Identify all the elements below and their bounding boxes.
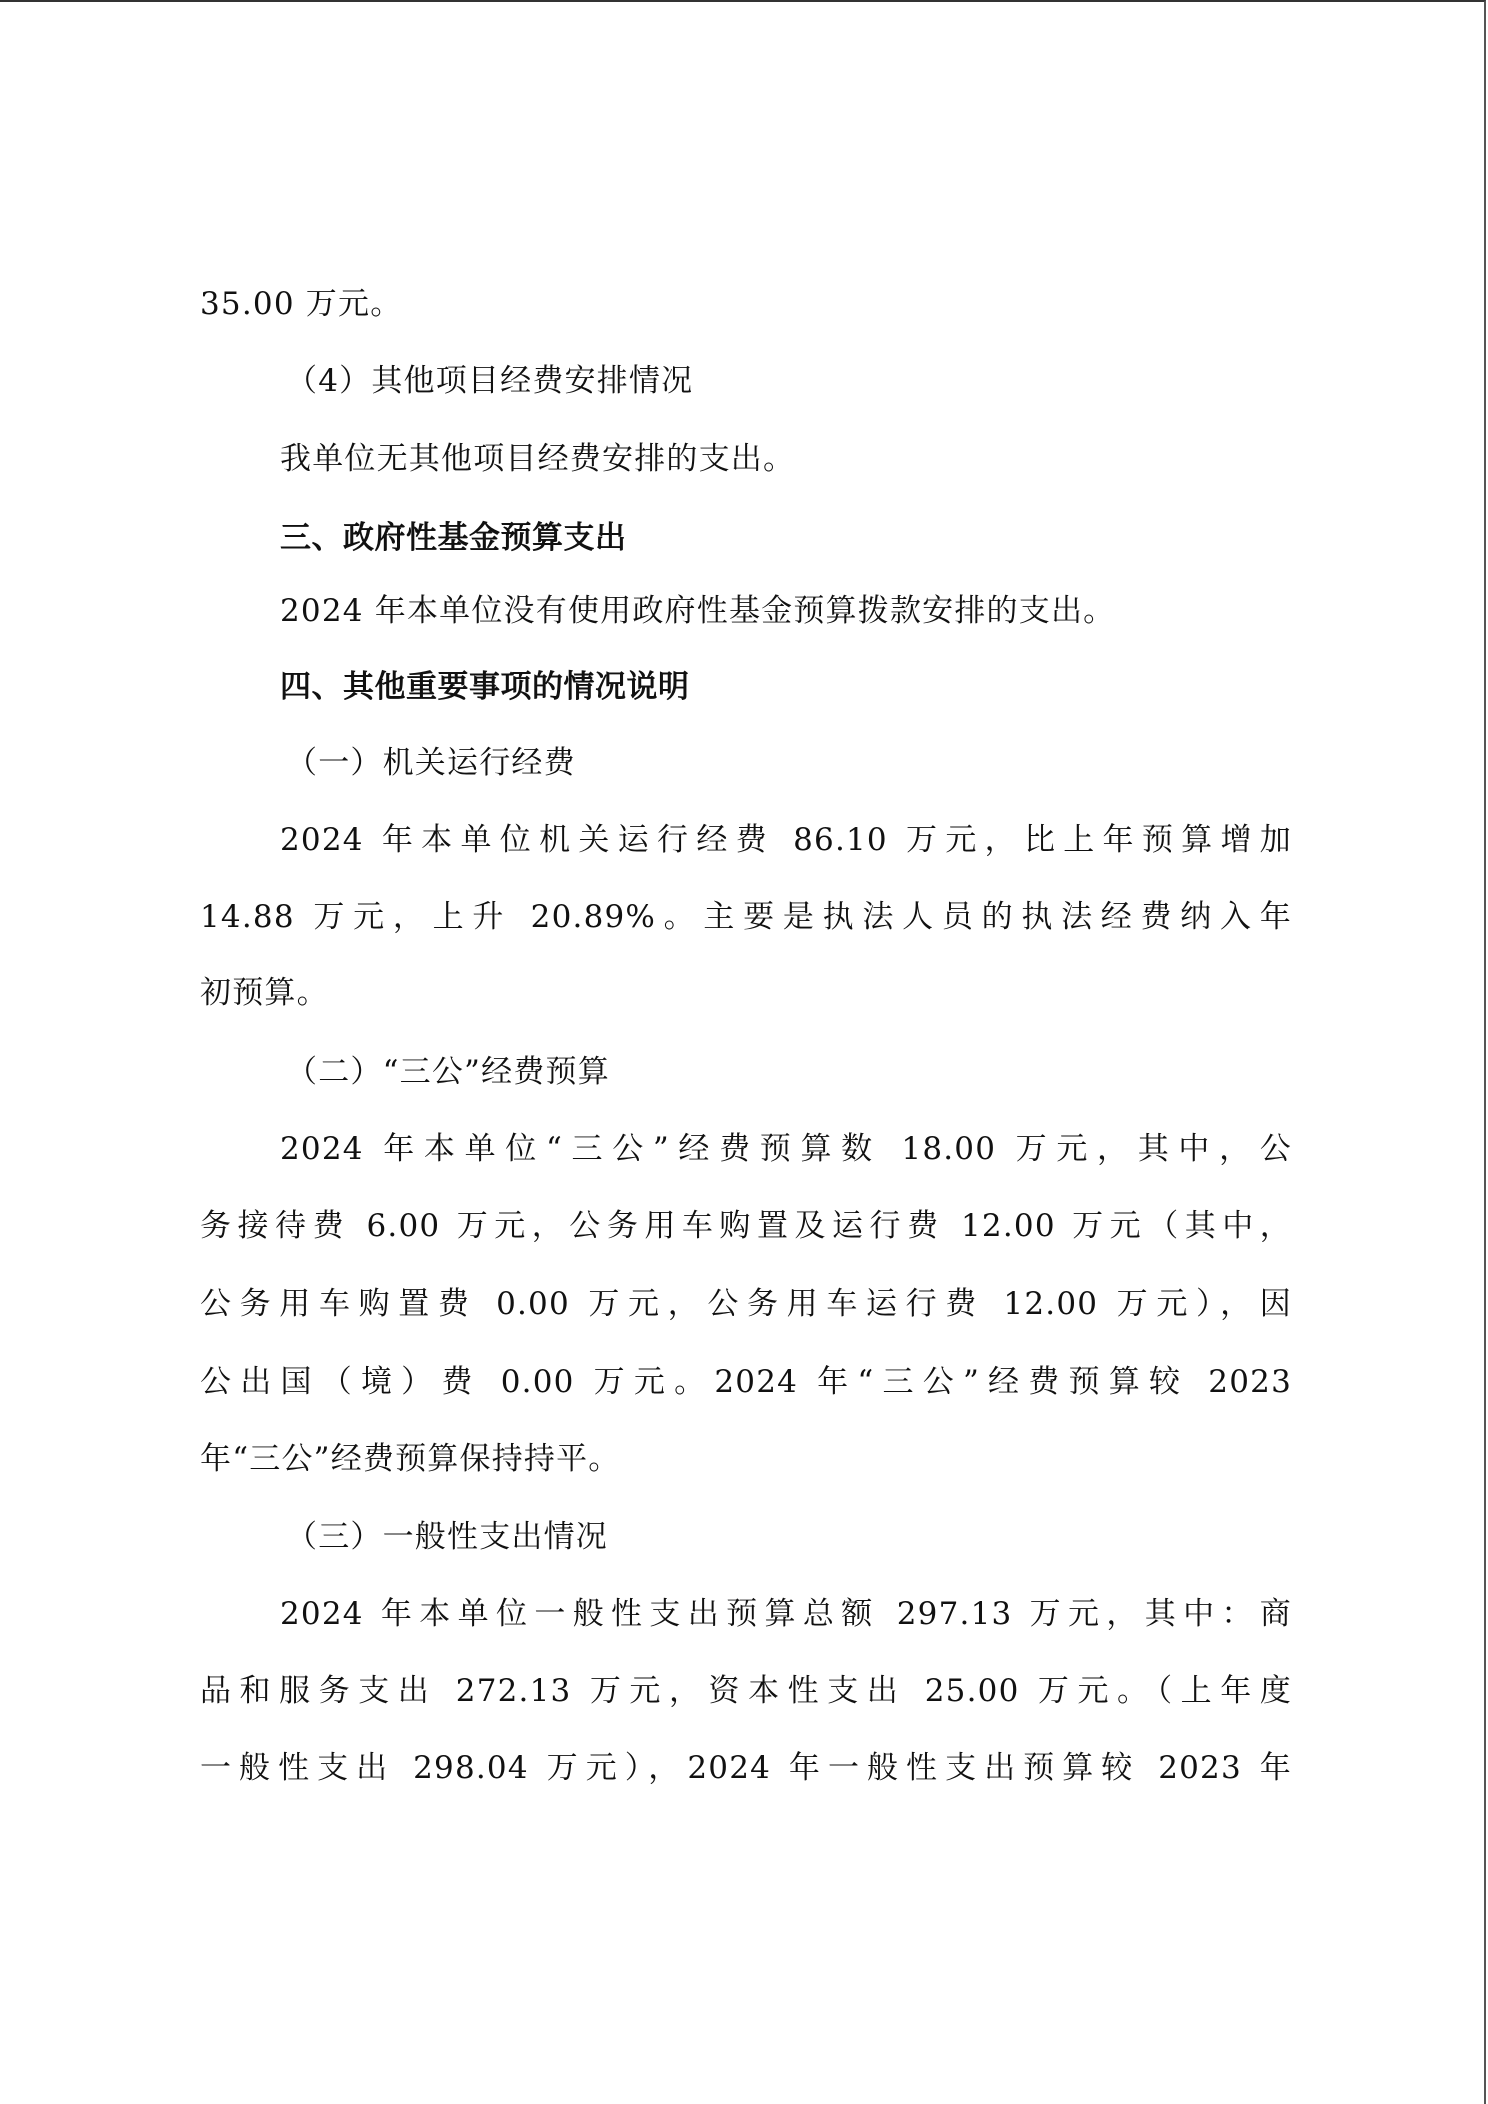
subheading-other-project-funds: （4）其他项目经费安排情况	[286, 361, 1292, 401]
document-page: 35.00 万元。 （4）其他项目经费安排情况 我单位无其他项目经费安排的支出。…	[0, 0, 1486, 2104]
paragraph-three-public-line5: 年“三公”经费预算保持持平。	[200, 1439, 1292, 1479]
subheading-general-expenditure: （三）一般性支出情况	[286, 1517, 1292, 1557]
paragraph-three-public-line4: 公出国（境）费 0.00 万元。2024 年“三公”经费预算较 2023	[200, 1362, 1292, 1402]
paragraph-operating-expenses-line2: 14.88 万元，上升 20.89%。主要是执法人员的执法经费纳入年	[200, 897, 1292, 937]
paragraph-no-other-project-funds: 我单位无其他项目经费安排的支出。	[280, 439, 1292, 479]
paragraph-three-public-line2: 务接待费 6.00 万元，公务用车购置及运行费 12.00 万元（其中，	[200, 1206, 1292, 1246]
paragraph-general-expenditure-line2: 品和服务支出 272.13 万元，资本性支出 25.00 万元。（上年度	[200, 1671, 1292, 1711]
subheading-office-operating-expenses: （一）机关运行经费	[286, 743, 1292, 783]
section-heading-other-matters: 四、其他重要事项的情况说明	[280, 667, 1292, 707]
subheading-three-public-expenses: （二）“三公”经费预算	[286, 1052, 1292, 1092]
paragraph-three-public-line1: 2024 年本单位“三公”经费预算数 18.00 万元，其中，公	[280, 1129, 1292, 1169]
paragraph-line-amount-end: 35.00 万元。	[200, 284, 1292, 324]
paragraph-general-expenditure-line1: 2024 年本单位一般性支出预算总额 297.13 万元，其中：商	[280, 1594, 1292, 1634]
paragraph-operating-expenses-line3: 初预算。	[200, 973, 1292, 1013]
paragraph-three-public-line3: 公务用车购置费 0.00 万元，公务用车运行费 12.00 万元），因	[200, 1284, 1292, 1324]
paragraph-operating-expenses-line1: 2024 年本单位机关运行经费 86.10 万元，比上年预算增加	[280, 820, 1292, 860]
section-heading-government-fund-budget: 三、政府性基金预算支出	[280, 518, 1292, 558]
paragraph-government-fund-none: 2024 年本单位没有使用政府性基金预算拨款安排的支出。	[280, 591, 1292, 631]
paragraph-general-expenditure-line3: 一般性支出 298.04 万元），2024 年一般性支出预算较 2023 年	[200, 1748, 1292, 1788]
